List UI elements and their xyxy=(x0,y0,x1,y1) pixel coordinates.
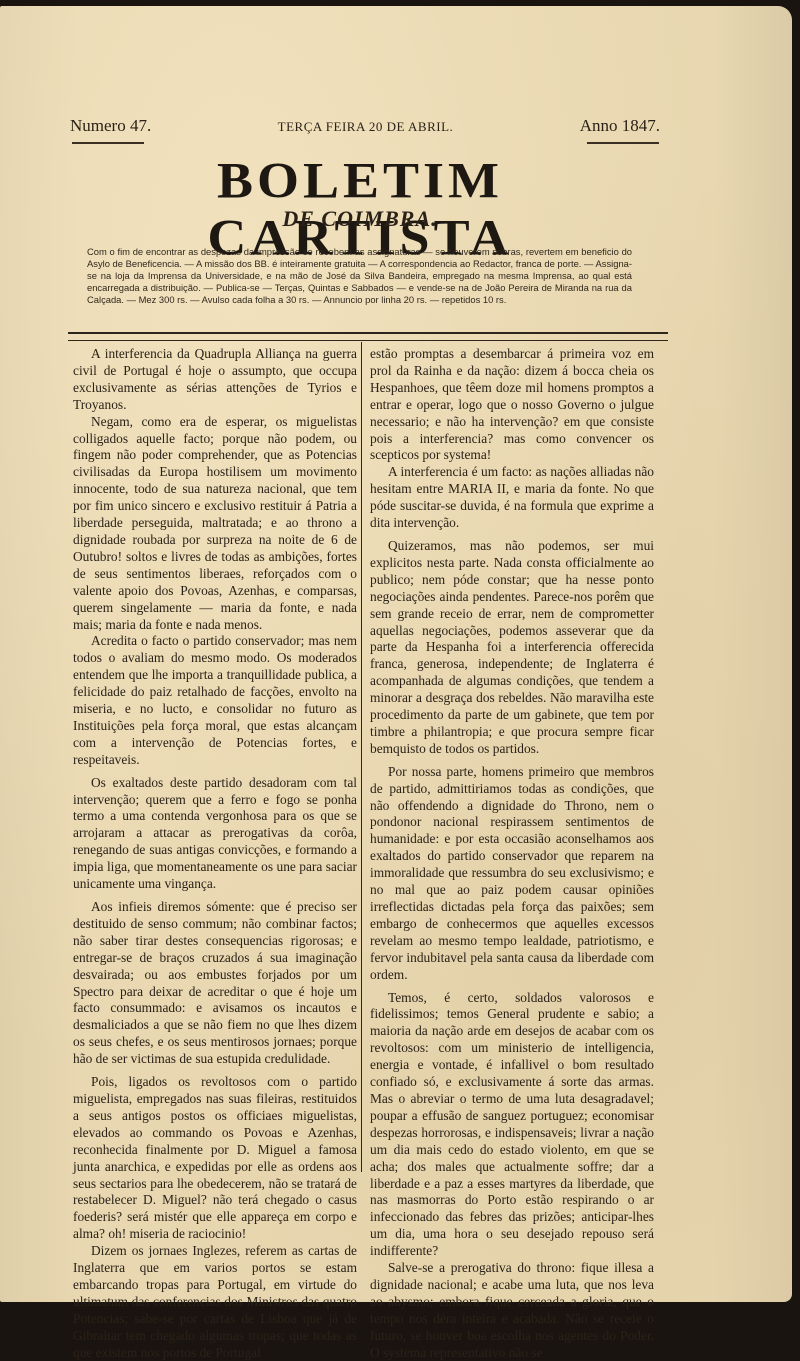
newspaper-page: Numero 47. TERÇA FEIRA 20 DE ABRIL. Anno… xyxy=(0,6,792,1302)
paragraph: Aos infieis diremos sómente: que é preci… xyxy=(73,899,357,1068)
paragraph: Por nossa parte, homens primeiro que mem… xyxy=(370,764,654,984)
paragraph: Os exaltados deste partido desadoram com… xyxy=(73,775,357,893)
paragraph: Temos, é certo, soldados valorosos e fid… xyxy=(370,990,654,1261)
paragraph: Dizem os jornaes Inglezes, referem as ca… xyxy=(73,1243,357,1309)
paragraph: Pois, ligados os revoltosos com o partid… xyxy=(73,1074,357,1243)
masthead-info-line: Numero 47. TERÇA FEIRA 20 DE ABRIL. Anno… xyxy=(70,116,660,136)
masthead-rule-right xyxy=(587,142,659,144)
paragraph: Salve-se a prerogativa do throno: fique … xyxy=(370,1260,654,1309)
issue-date: TERÇA FEIRA 20 DE ABRIL. xyxy=(278,119,454,135)
paragraph: estão promptas a desembarcar á primeira … xyxy=(370,346,654,464)
article-column-right: estão promptas a desembarcar á primeira … xyxy=(370,346,654,1309)
article-column-left: A interferencia da Quadrupla Alliança na… xyxy=(73,346,357,1309)
paragraph: Acredita o facto o partido conservador; … xyxy=(73,633,357,768)
issue-year: Anno 1847. xyxy=(580,116,660,136)
header-double-rule xyxy=(68,332,668,341)
column-divider xyxy=(361,342,362,1172)
paragraph: Negam, como era de esperar, os miguelist… xyxy=(73,414,357,634)
paragraph: A interferencia da Quadrupla Alliança na… xyxy=(73,346,357,414)
newspaper-subtitle: DE COIMBRA. xyxy=(80,206,640,232)
paragraph: A interferencia é um facto: as nações al… xyxy=(370,464,654,532)
paragraph: Quizeramos, mas não podemos, ser mui exp… xyxy=(370,538,654,758)
masthead-rule-left xyxy=(72,142,144,144)
subscription-notice: Com o fim de encontrar as despezas da im… xyxy=(87,246,632,306)
issue-number: Numero 47. xyxy=(70,116,151,136)
